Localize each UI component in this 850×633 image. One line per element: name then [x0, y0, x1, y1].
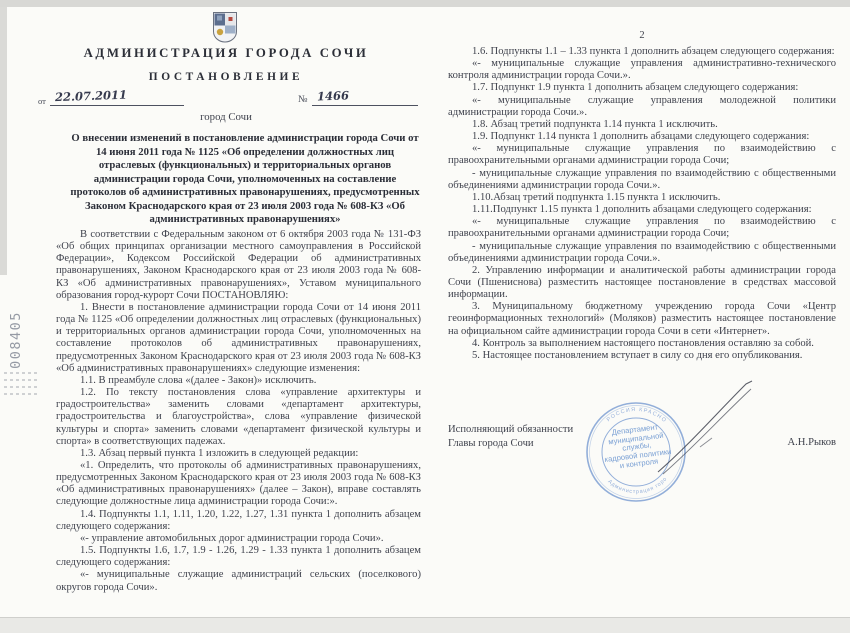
org-name: АДМИНИСТРАЦИЯ ГОРОДА СОЧИ	[40, 46, 412, 61]
signer-name: А.Н.Рыков	[726, 437, 836, 448]
stamp-center-text: Департамент муниципальной службы, кадров…	[592, 421, 683, 474]
paragraph: 1. Внести в постановление администрации …	[56, 302, 421, 375]
paragraph: «- муниципальные служащие управления мол…	[448, 95, 836, 119]
signature-position-line2: Главы города Сочи	[448, 437, 573, 451]
page-number: 2	[448, 30, 836, 41]
date-value: 22.07.2011	[50, 88, 127, 105]
paragraph: 1.9. Подпункт 1.14 пункта 1 дополнить аб…	[448, 131, 836, 143]
paragraph: 1.2. По тексту постановления слова «упра…	[56, 387, 421, 448]
paragraph: 3. Муниципальному бюджетному учреждению …	[448, 301, 836, 337]
scan-edge-left	[0, 7, 7, 275]
signature-position: Исполняющий обязанности Главы города Соч…	[448, 423, 573, 450]
paragraph: 1.8. Абзац третий подпункта 1.14 пункта …	[448, 119, 836, 131]
paragraph: 1.11.Подпункт 1.15 пункта 1 дополнить аб…	[448, 204, 836, 216]
paragraph: «- муниципальные служащие управления по …	[448, 143, 836, 167]
paragraph: 4. Контроль за выполнением настоящего по…	[448, 338, 836, 350]
paragraph: «- муниципальные служащие администраций …	[56, 569, 421, 593]
paragraph: 1.5. Подпункты 1.6, 1.7, 1.9 - 1.26, 1.2…	[56, 545, 421, 569]
number-field: 1466	[312, 87, 418, 106]
paragraph: - муниципальные служащие управления по в…	[448, 168, 836, 192]
number-value: 1466	[312, 88, 349, 103]
paragraph: 1.1. В преамбуле слова «(далее - Закон)»…	[56, 375, 421, 387]
paragraph: - муниципальные служащие управления по в…	[448, 241, 836, 265]
date-field: 22.07.2011	[50, 87, 184, 106]
doc-title: О внесении изменений в постановление адм…	[70, 132, 420, 227]
paragraph: «- муниципальные служащие управления по …	[448, 216, 836, 240]
scan-edge-bottom	[0, 617, 850, 633]
paragraph: «- муниципальные служащие управления адм…	[448, 58, 836, 82]
page-one-body: В соответствии с Федеральным законом от …	[56, 229, 421, 594]
scan-edge-top	[0, 0, 850, 7]
paragraph: В соответствии с Федеральным законом от …	[56, 229, 421, 302]
paragraph: 2. Управлению информации и аналитической…	[448, 265, 836, 301]
coat-of-arms-icon	[212, 11, 238, 44]
doc-type-title: ПОСТАНОВЛЕНИЕ	[40, 71, 412, 83]
paragraph: 1.6. Подпункты 1.1 – 1.33 пункта 1 допол…	[448, 46, 836, 58]
paragraph: 1.10.Абзац третий подпункта 1.15 пункта …	[448, 192, 836, 204]
number-label: №	[298, 94, 308, 105]
place-line: город Сочи	[56, 111, 396, 123]
signature-position-line1: Исполняющий обязанности	[448, 423, 573, 437]
paragraph: «1. Определить, что протоколы об админис…	[56, 460, 421, 509]
paragraph: 5. Настоящее постановлением вступает в с…	[448, 350, 836, 362]
faint-stamp-marks	[4, 372, 40, 400]
page-two-body: 1.6. Подпункты 1.1 – 1.33 пункта 1 допол…	[448, 46, 836, 362]
date-label: от	[38, 96, 46, 106]
paragraph: 1.7. Подпункт 1.9 пункта 1 дополнить абз…	[448, 82, 836, 94]
paragraph: «- управление автомобильных дорог админи…	[56, 533, 421, 545]
registration-number: 008405	[8, 296, 28, 384]
paragraph: 1.4. Подпункты 1.1, 1.11, 1.20, 1.22, 1.…	[56, 509, 421, 533]
paragraph: 1.3. Абзац первый пункта 1 изложить в сл…	[56, 448, 421, 460]
scanned-document: АДМИНИСТРАЦИЯ ГОРОДА СОЧИ ПОСТАНОВЛЕНИЕ …	[0, 0, 850, 633]
